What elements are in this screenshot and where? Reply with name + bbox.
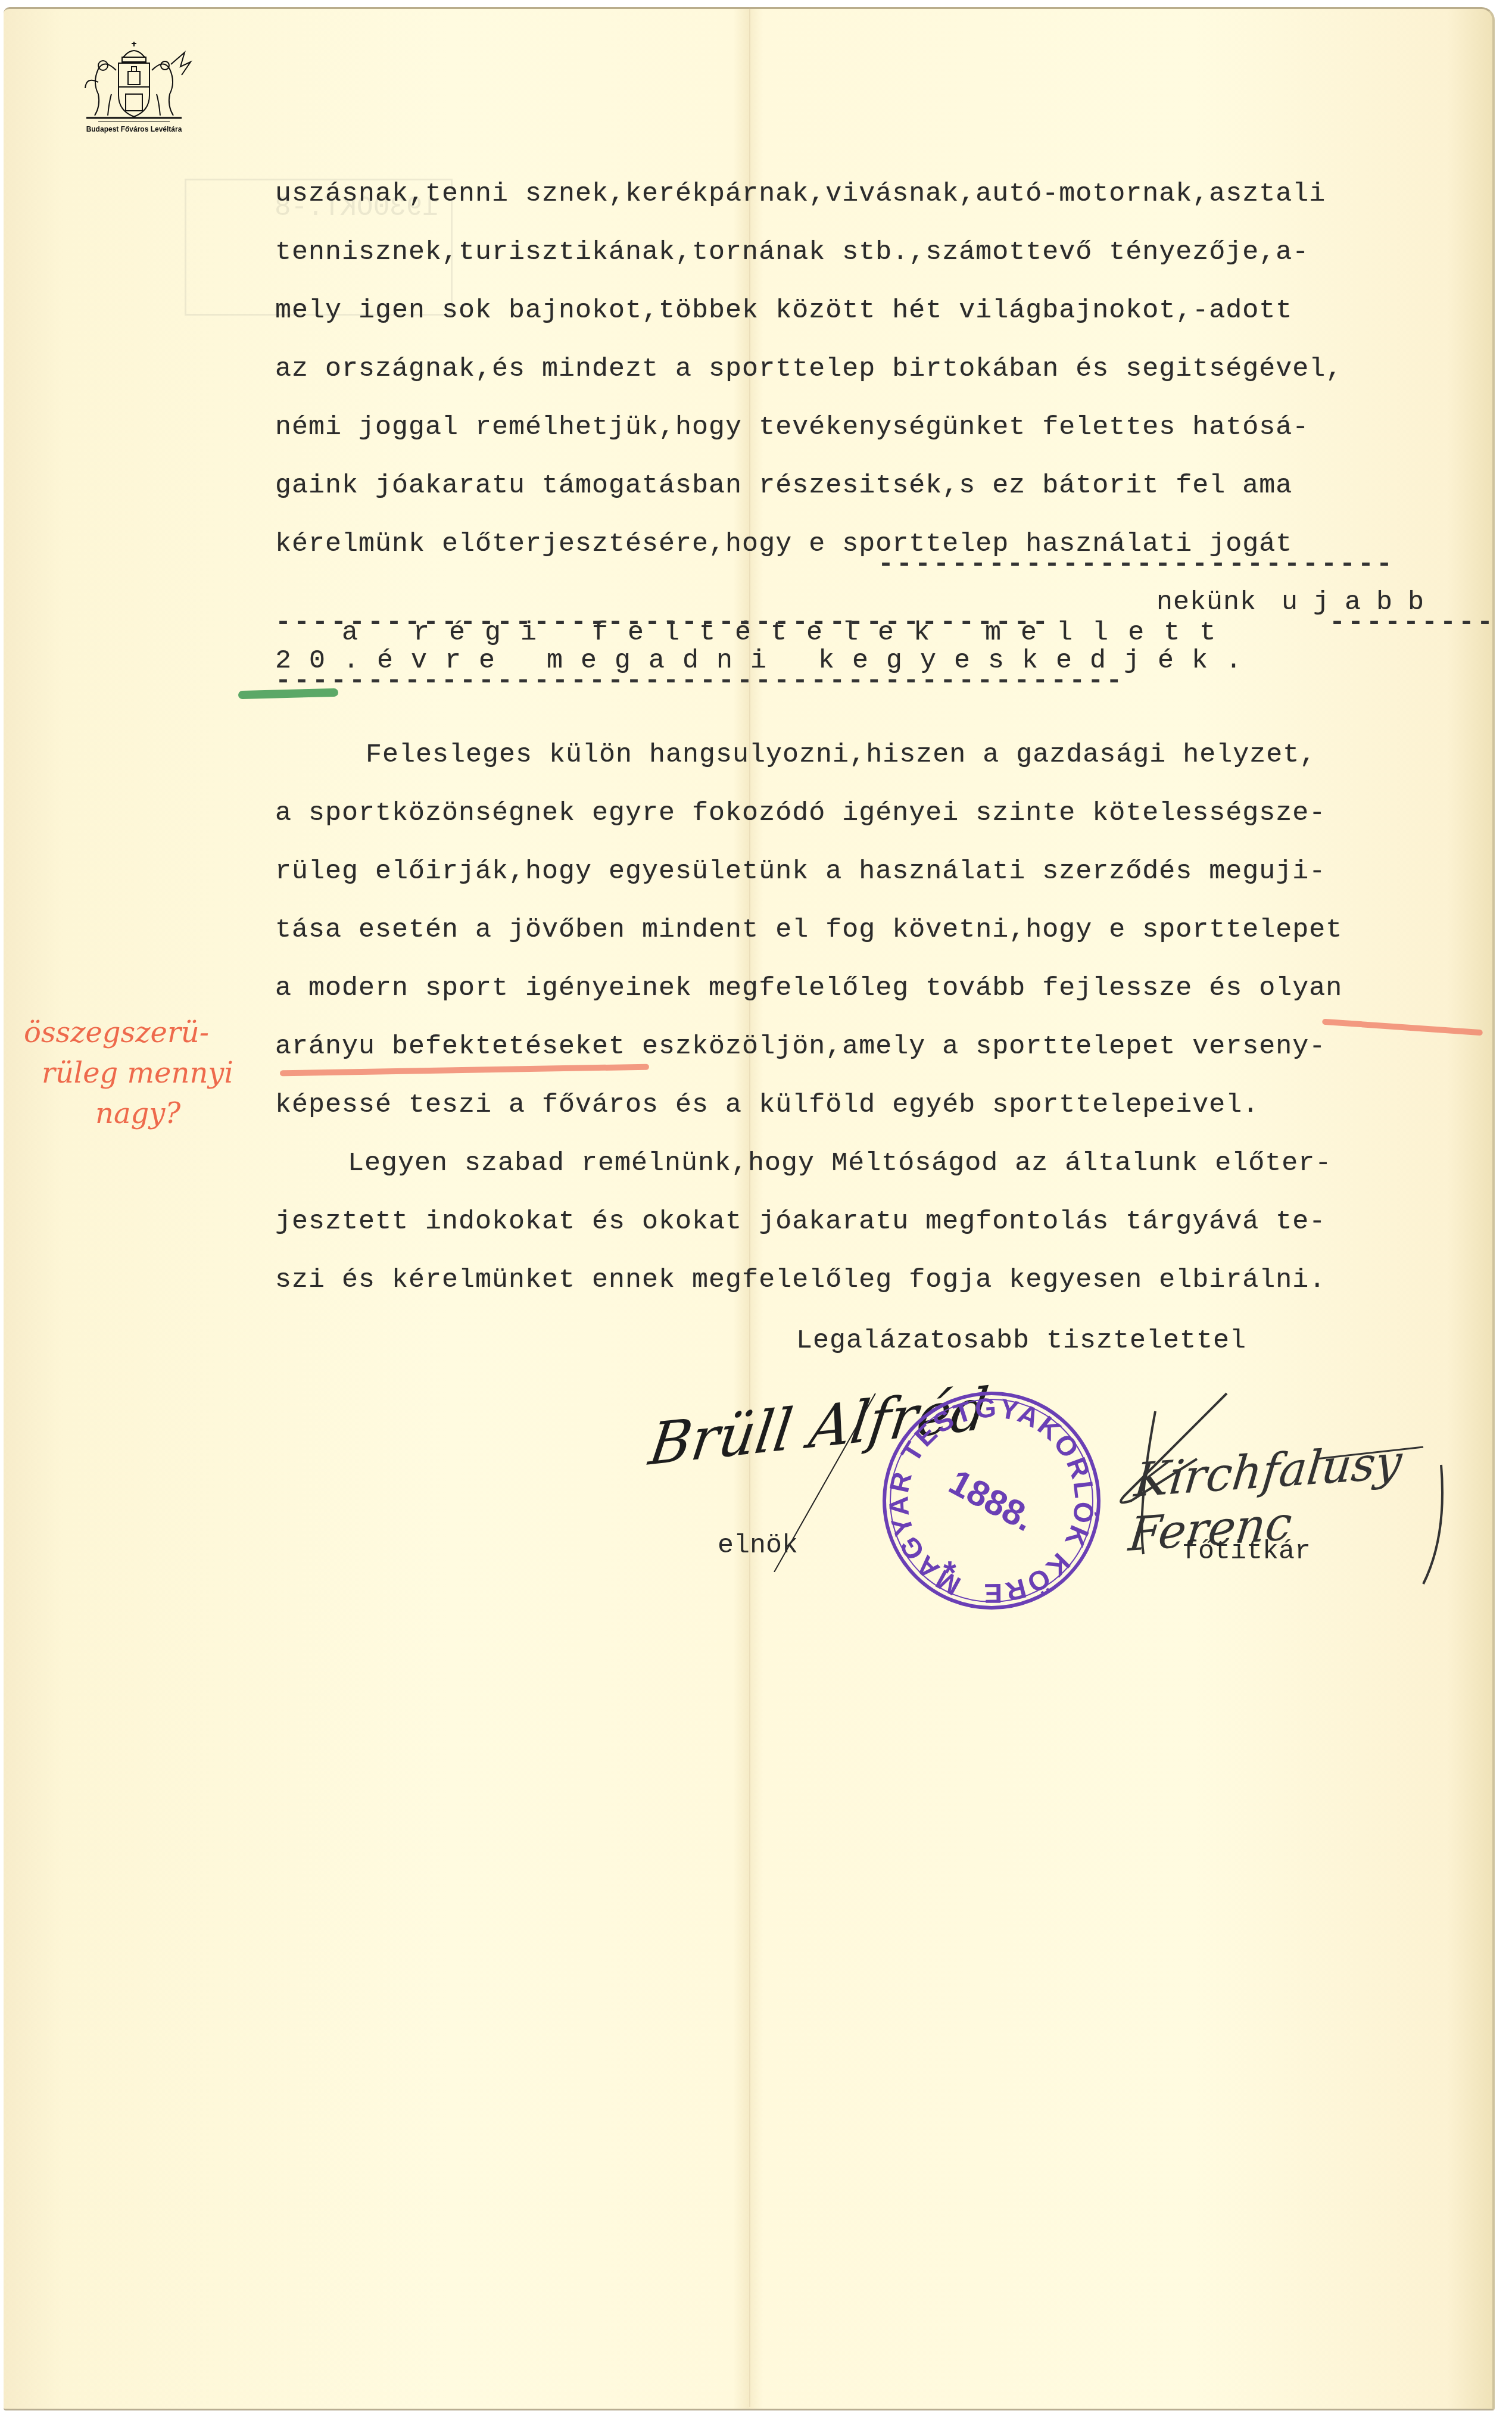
- letter-line: arányu befektetéseket eszközöljön,amely …: [275, 1031, 1326, 1062]
- margin-note-line: nagy?: [95, 1093, 274, 1134]
- letter-line: képessé teszi a főváros és a külföld egy…: [275, 1090, 1259, 1120]
- letter-line: Felesleges külön hangsulyozni,hiszen a g…: [366, 740, 1316, 770]
- letter-line: jesztett indokokat és okokat jóakaratu m…: [275, 1206, 1326, 1237]
- underline-dashes: ----------------------------------------…: [275, 607, 1050, 638]
- club-round-stamp: MAGYAR TESTGYAKORLÓK KÖRE 1888. *: [878, 1387, 1105, 1614]
- underline-dashes: ---------: [1329, 607, 1495, 638]
- secretary-title: főtitkár: [1182, 1536, 1311, 1567]
- letter-line: tennisznek,turisztikának,tornának stb.,s…: [275, 237, 1309, 267]
- signature-stroke: [1090, 1387, 1471, 1602]
- letter-line: uszásnak,tenni sznek,kerékpárnak,vivásna…: [275, 179, 1326, 209]
- president-title: elnök: [718, 1530, 798, 1561]
- margin-note-line: rüleg mennyi: [42, 1053, 274, 1093]
- letter-line: tása esetén a jövőben mindent el fog köv…: [275, 915, 1342, 945]
- letter-line: gaink jóakaratu támogatásban részesitsék…: [275, 470, 1292, 501]
- archive-logo: Budapest Főváros Levéltára: [71, 40, 197, 142]
- letter-line: némi joggal remélhetjük,hogy tevékenység…: [275, 412, 1309, 442]
- letter-line: mely igen sok bajnokot,többek között hét…: [275, 295, 1292, 326]
- closing-salutation: Legalázatosabb tisztelettel: [796, 1326, 1246, 1356]
- stamp-star-icon: *: [943, 1554, 956, 1591]
- letter-line: szi és kérelmünket ennek megfelelőleg fo…: [275, 1265, 1326, 1295]
- letter-line: Legyen szabad remélnünk,hogy Méltóságod …: [348, 1148, 1332, 1178]
- underline-dashes: ----------------------------------------…: [275, 666, 1124, 696]
- archive-logo-caption: Budapest Főváros Levéltára: [71, 125, 197, 133]
- margin-note-line: összegszerü-: [24, 1012, 274, 1053]
- letter-line: az országnak,és mindezt a sporttelep bir…: [275, 354, 1342, 384]
- underline-dashes: ----------------------------: [878, 549, 1395, 579]
- letter-fragment: nekünk: [1156, 587, 1257, 618]
- red-margin-note: összegszerü- rüleg mennyi nagy?: [24, 1012, 274, 1167]
- stamp-year: 1888.: [943, 1462, 1040, 1539]
- letter-line: a modern sport igényeinek megfelelőleg t…: [275, 973, 1342, 1003]
- letter-line: rüleg előirják,hogy egyesületünk a haszn…: [275, 856, 1326, 887]
- letter-line: a sportközönségnek egyre fokozódó igénye…: [275, 798, 1326, 828]
- budapest-coat-of-arms-icon: [74, 40, 194, 124]
